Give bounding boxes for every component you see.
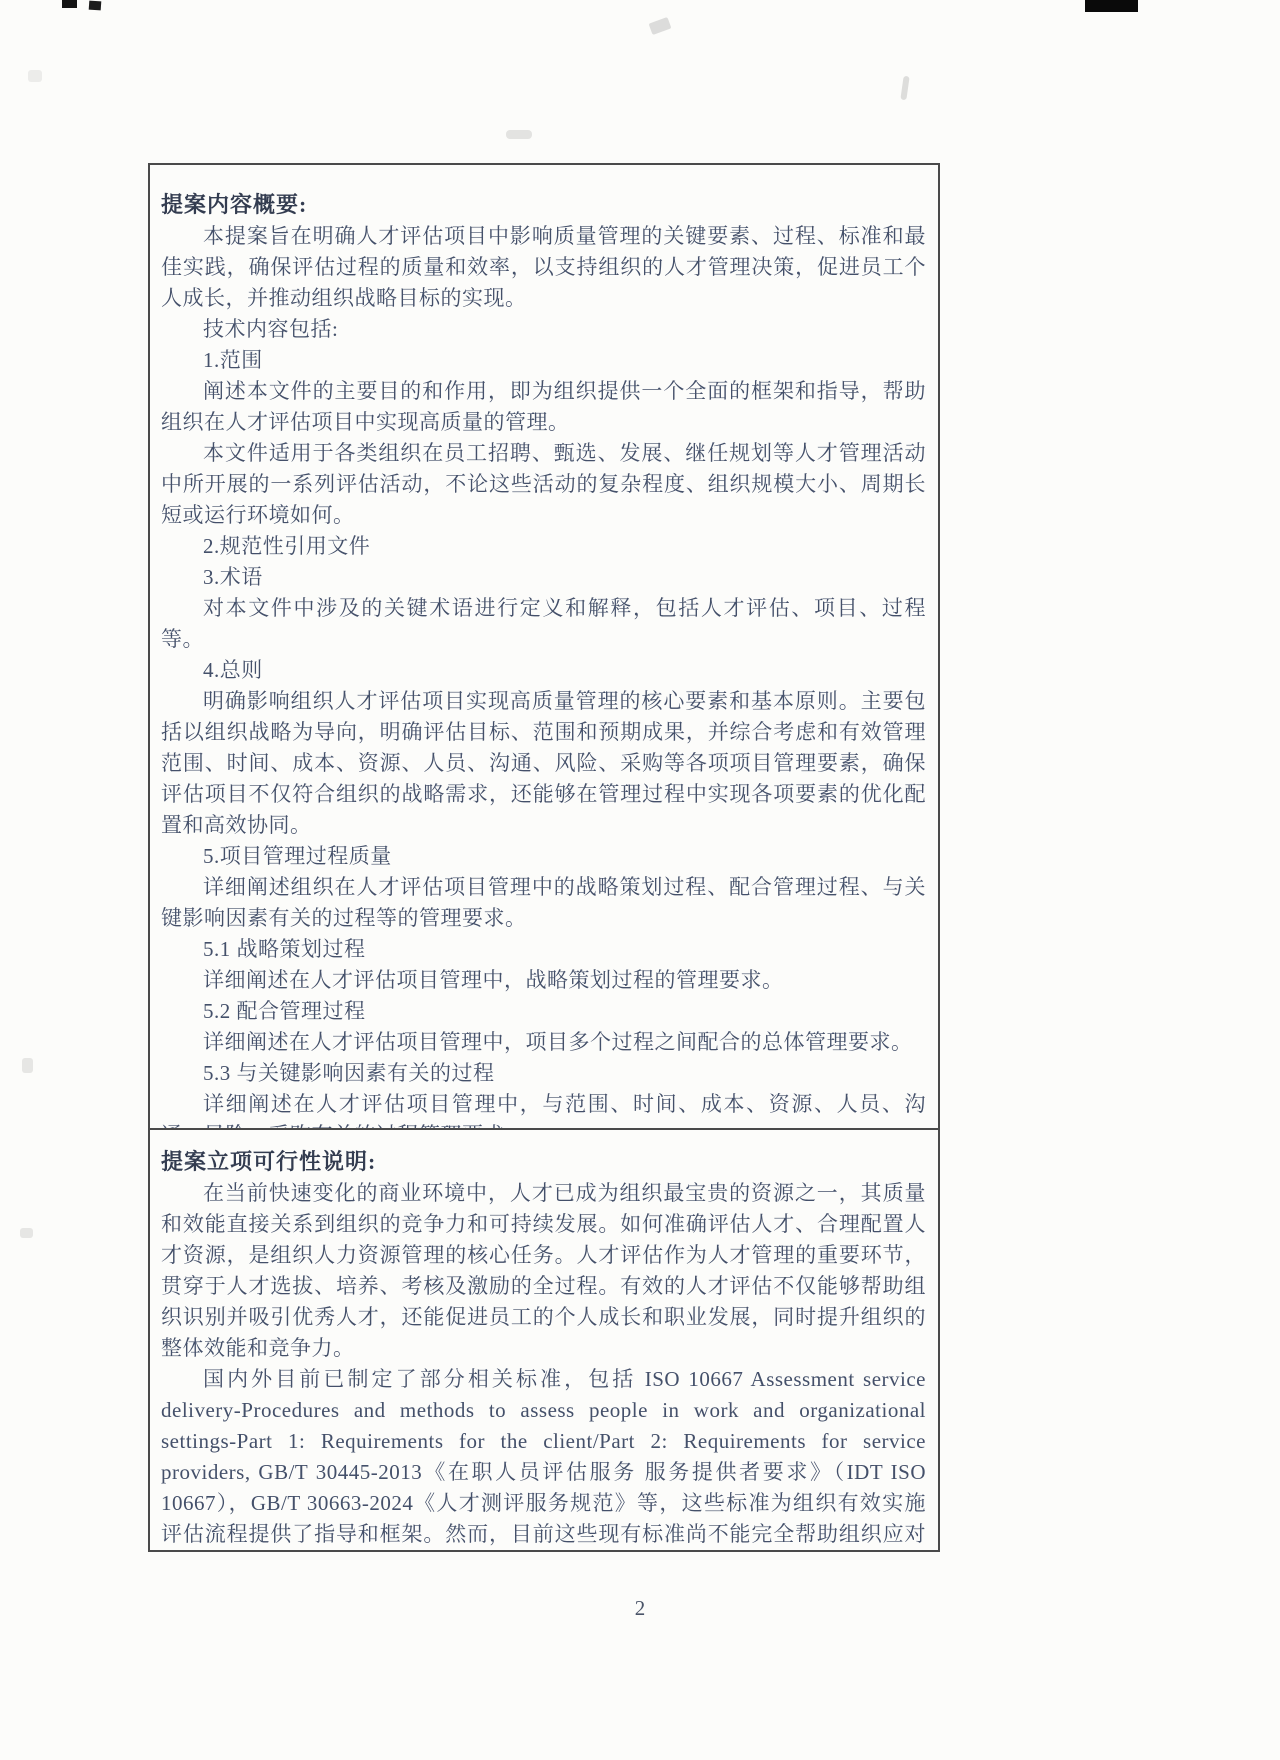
paragraph: 3.术语: [161, 562, 926, 593]
paragraph: 明确影响组织人才评估项目实现高质量管理的核心要素和基本原则。主要包括以组织战略为…: [161, 686, 926, 841]
paragraph: 详细阐述在人才评估项目管理中，战略策划过程的管理要求。: [161, 965, 926, 996]
paragraph: 对本文件中涉及的关键术语进行定义和解释，包括人才评估、项目、过程等。: [161, 593, 926, 655]
paragraph: 本提案旨在明确人才评估项目中影响质量管理的关键要素、过程、标准和最佳实践，确保评…: [161, 221, 926, 314]
paragraph: 技术内容包括:: [161, 314, 926, 345]
paragraph: 2.规范性引用文件: [161, 531, 926, 562]
paragraph: 5.2 配合管理过程: [161, 996, 926, 1027]
section-title-feasibility-statement: 提案立项可行性说明:: [161, 1146, 926, 1178]
page-number: 2: [0, 1596, 1280, 1621]
section-proposal-content-summary: 提案内容概要: 本提案旨在明确人才评估项目中影响质量管理的关键要素、过程、标准和…: [150, 165, 938, 1128]
section-feasibility-statement: 提案立项可行性说明: 在当前快速变化的商业环境中，人才已成为组织最宝贵的资源之一…: [150, 1128, 938, 1550]
paragraph: 5.3 与关键影响因素有关的过程: [161, 1058, 926, 1089]
scan-smudge: [20, 1228, 33, 1238]
paragraph: 国内外目前已制定了部分相关标准，包括 ISO 10667 Assessment …: [161, 1364, 926, 1550]
scan-artifact-top-mark: [89, 1, 102, 11]
paragraph: 详细阐述在人才评估项目管理中，与范围、时间、成本、资源、人员、沟通、风险、采购有…: [161, 1089, 926, 1128]
scan-artifact-top-right-bar: [1085, 0, 1138, 12]
paragraph: 在当前快速变化的商业环境中，人才已成为组织最宝贵的资源之一，其质量和效能直接关系…: [161, 1178, 926, 1364]
scanned-document-page: 提案内容概要: 本提案旨在明确人才评估项目中影响质量管理的关键要素、过程、标准和…: [0, 0, 1280, 1760]
section-body-proposal-content-summary: 本提案旨在明确人才评估项目中影响质量管理的关键要素、过程、标准和最佳实践，确保评…: [161, 221, 926, 1128]
paragraph: 详细阐述组织在人才评估项目管理中的战略策划过程、配合管理过程、与关键影响因素有关…: [161, 872, 926, 934]
scan-smudge: [900, 76, 909, 101]
paragraph: 5.1 战略策划过程: [161, 934, 926, 965]
paragraph: 本文件适用于各类组织在员工招聘、甄选、发展、继任规划等人才管理活动中所开展的一系…: [161, 438, 926, 531]
proposal-form-table: 提案内容概要: 本提案旨在明确人才评估项目中影响质量管理的关键要素、过程、标准和…: [148, 163, 940, 1552]
scan-smudge: [649, 17, 672, 35]
paragraph: 阐述本文件的主要目的和作用，即为组织提供一个全面的框架和指导，帮助组织在人才评估…: [161, 376, 926, 438]
paragraph: 5.项目管理过程质量: [161, 841, 926, 872]
paragraph: 详细阐述在人才评估项目管理中，项目多个过程之间配合的总体管理要求。: [161, 1027, 926, 1058]
section-body-feasibility-statement: 在当前快速变化的商业环境中，人才已成为组织最宝贵的资源之一，其质量和效能直接关系…: [161, 1178, 926, 1550]
scan-smudge: [28, 70, 42, 82]
paragraph: 1.范围: [161, 345, 926, 376]
scan-artifact-top-mark: [62, 0, 77, 8]
scan-smudge: [506, 130, 532, 139]
section-title-proposal-content-summary: 提案内容概要:: [161, 189, 926, 221]
scan-smudge: [22, 1058, 33, 1073]
paragraph: 4.总则: [161, 655, 926, 686]
